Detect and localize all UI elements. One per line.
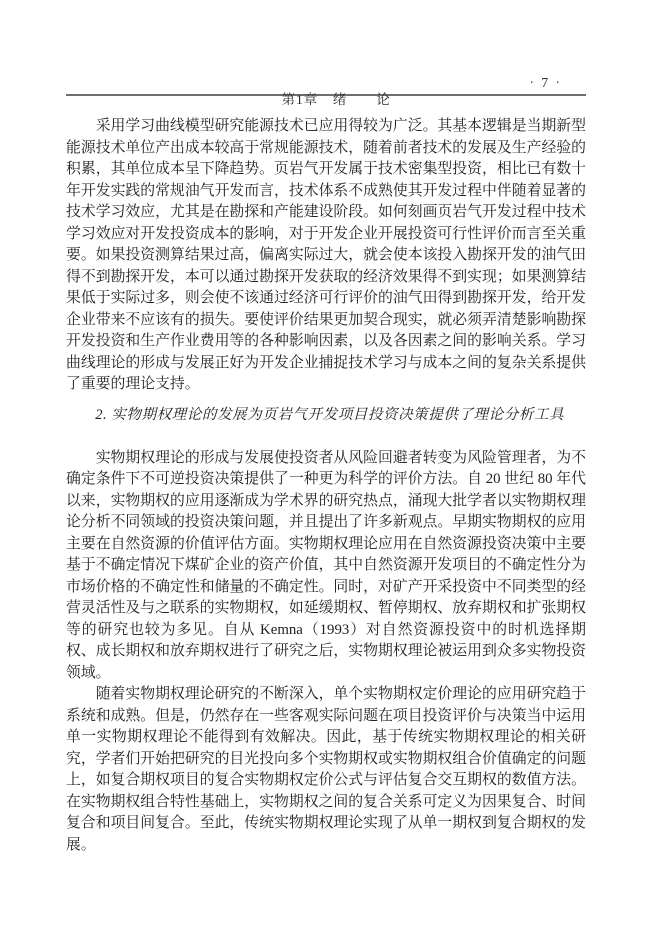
page-header: 第1章 绪 论 · 7 · — [66, 74, 586, 96]
document-page: 第1章 绪 论 · 7 · 采用学习曲线模型研究能源技术已应用得较为广泛。其基本… — [0, 0, 661, 925]
chapter-title: 第1章 绪 论 — [282, 92, 391, 107]
page-body: 采用学习曲线模型研究能源技术已应用得较为广泛。其基本逻辑是当期新型能源技术单位产… — [66, 116, 586, 856]
running-head: 第1章 绪 论 · 7 · — [66, 74, 586, 91]
subheading-real-options: 2. 实物期权理论的发展为页岩气开发项目投资决策提供了理论分析工具 — [66, 406, 586, 424]
page-number: · 7 · — [530, 74, 563, 91]
paragraph-learning-curve: 采用学习曲线模型研究能源技术已应用得较为广泛。其基本逻辑是当期新型能源技术单位产… — [66, 116, 586, 396]
paragraph-compound-options: 随着实物期权理论研究的不断深入，单个实物期权定价理论的应用研究趋于系统和成熟。但… — [66, 684, 586, 856]
paragraph-real-options-theory: 实物期权理论的形成与发展使投资者从风险回避者转变为风险管理者，为不确定条件下不可… — [66, 448, 586, 685]
